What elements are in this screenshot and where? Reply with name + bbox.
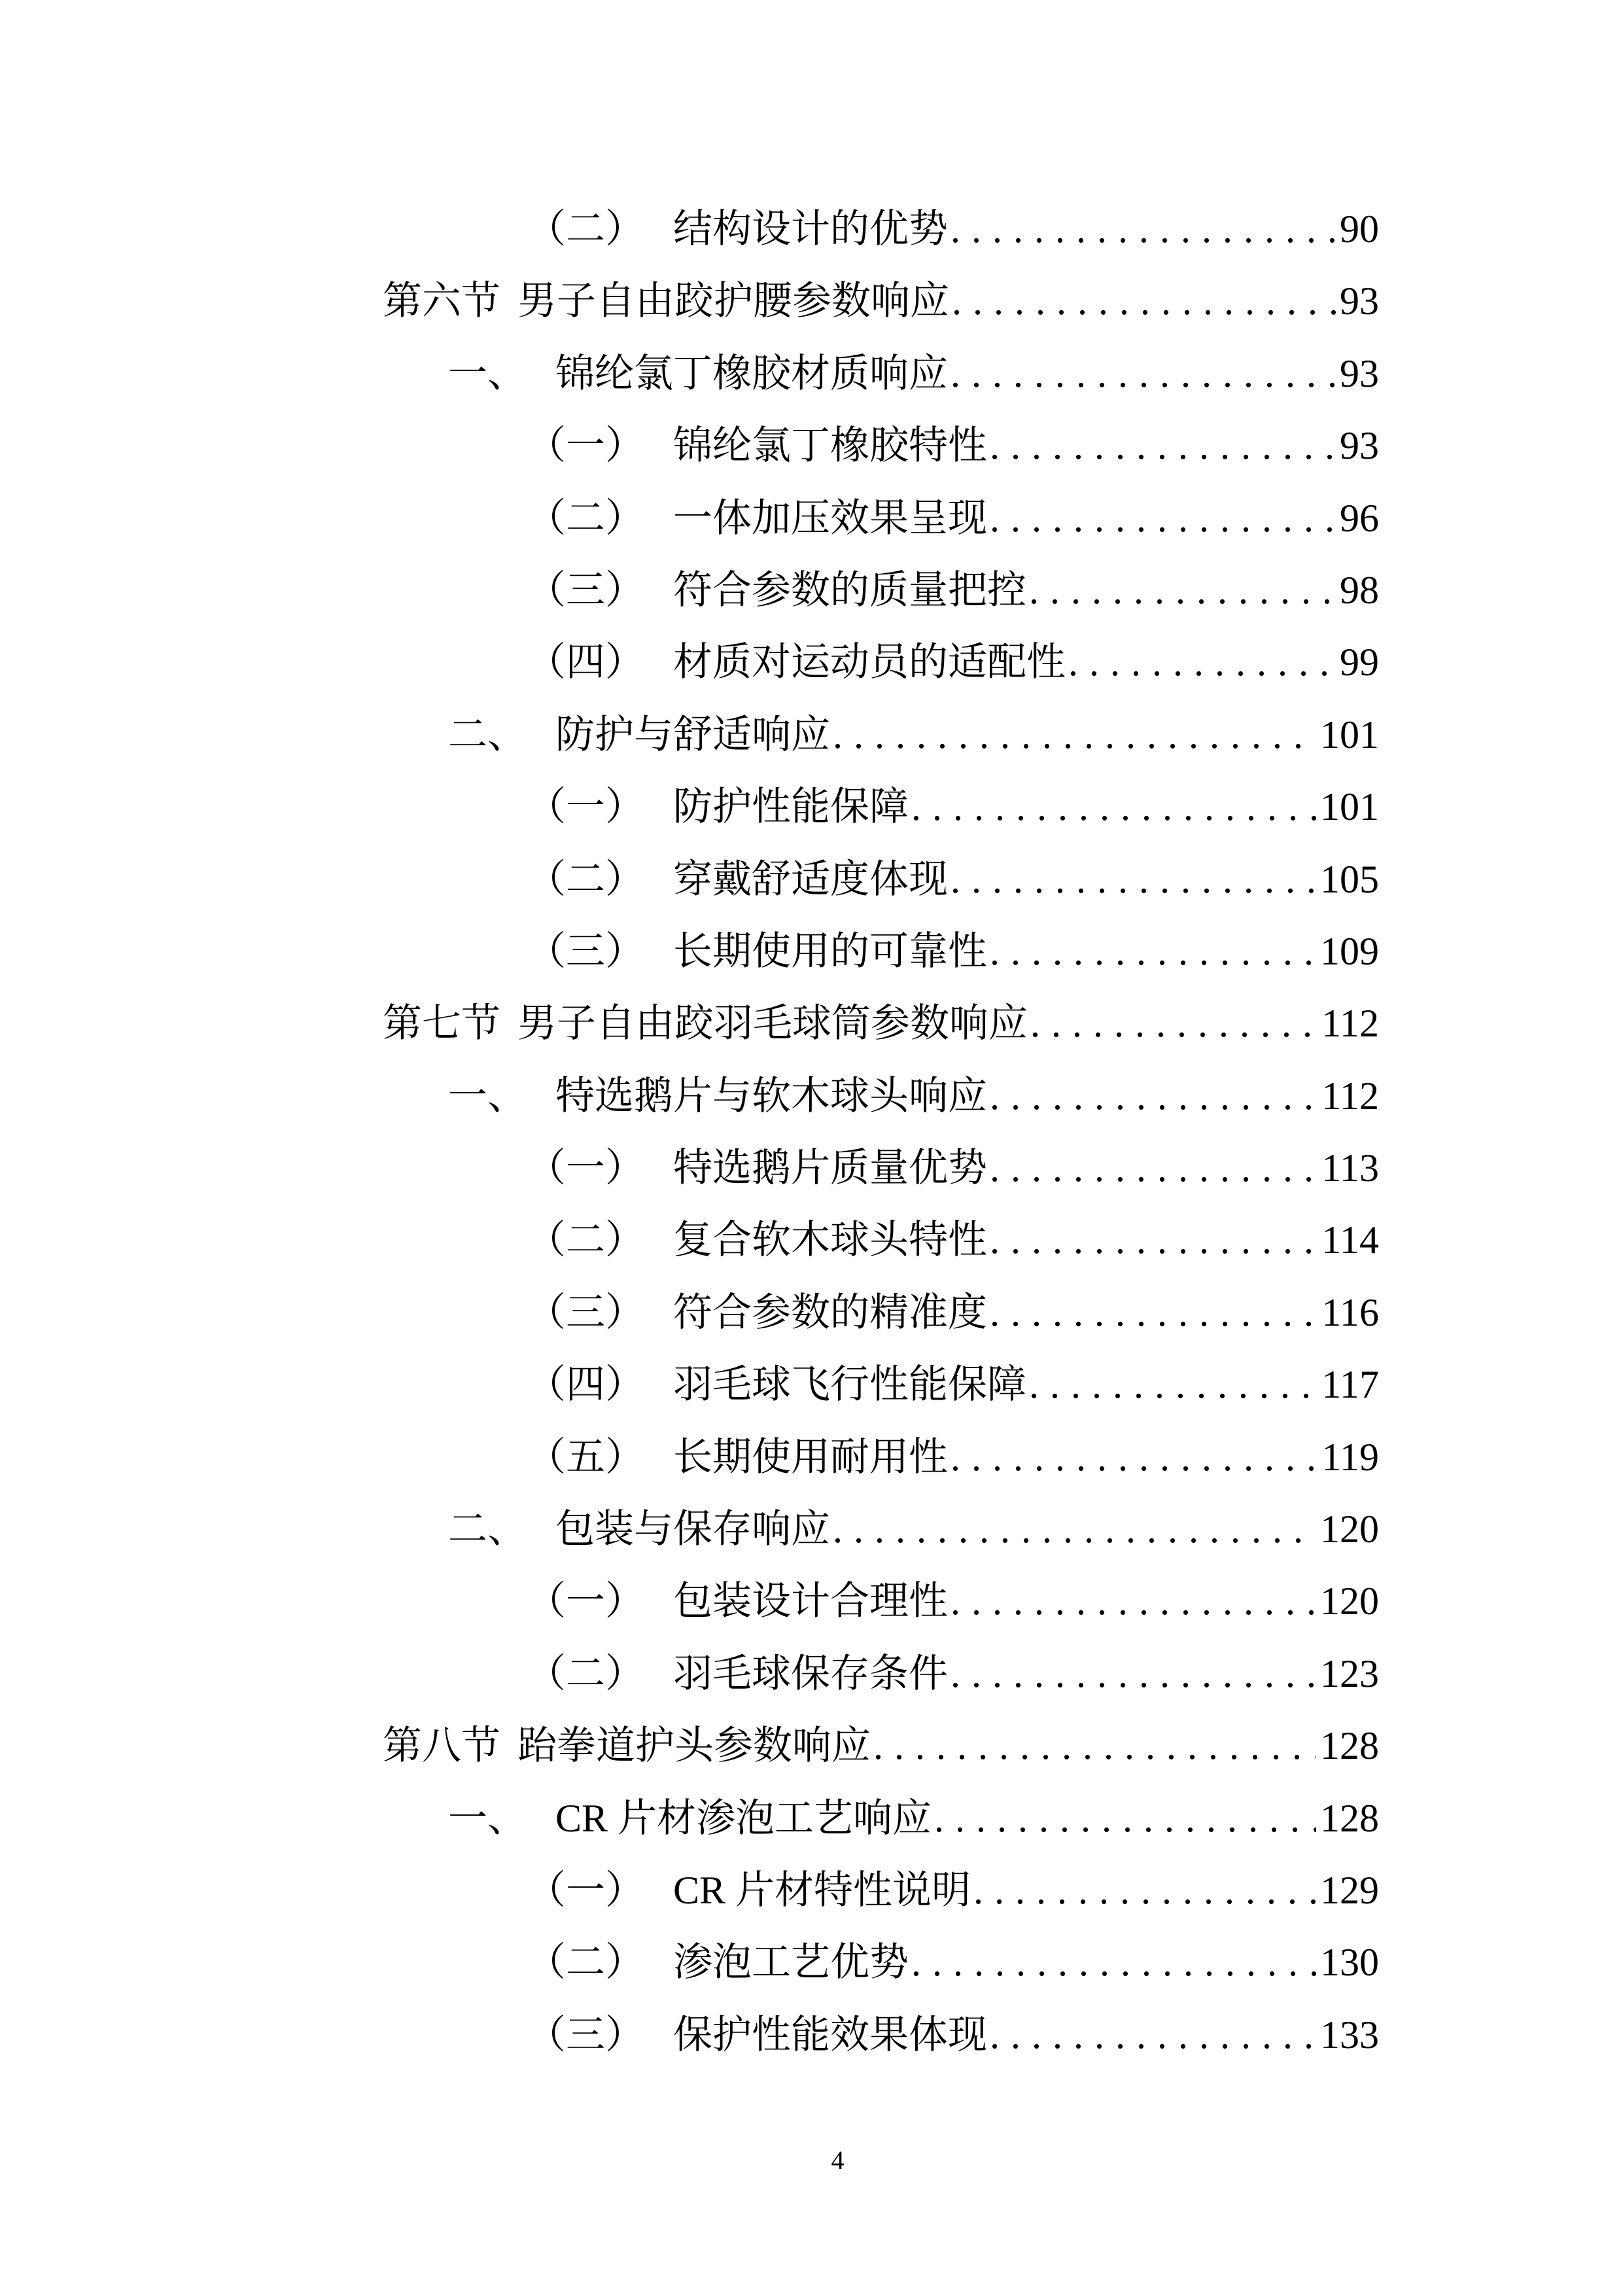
toc-leader-dots: ........................................… (990, 1999, 1316, 2071)
toc-entry-page: 98 (1340, 554, 1379, 626)
toc-entry-page: 116 (1321, 1277, 1379, 1349)
toc-leader-dots: ........................................… (990, 1132, 1318, 1204)
toc-entry: （一） 锦纶氯丁橡胶特性 ...........................… (0, 410, 1623, 482)
toc-leader-dots: ........................................… (1030, 987, 1318, 1059)
toc-entry-title: 男子自由跤护腰参数响应 (517, 265, 949, 337)
toc-entry: （二） 渗泡工艺优势 .............................… (0, 1926, 1623, 1998)
toc-leader-dots: ........................................… (990, 915, 1316, 987)
toc-entry-number: 一、 (448, 1060, 527, 1132)
toc-entry: 第六节 男子自由跤护腰参数响应 ........................… (0, 265, 1623, 337)
toc-entry-number: （二） (527, 843, 644, 915)
toc-entry: （一） 特选鹅片质量优势 ...........................… (0, 1132, 1623, 1204)
toc-entry: （二） 复合软木球头特性 ...........................… (0, 1204, 1623, 1276)
toc-entry-title: CR 片材特性说明 (673, 1854, 971, 1926)
toc-leader-dots: ........................................… (873, 1710, 1316, 1782)
toc-entry-title: 结构设计的优势 (673, 193, 948, 265)
toc-entry-number: （一） (527, 1854, 644, 1926)
toc-entry-title: 穿戴舒适度体现 (673, 843, 948, 915)
toc-entry-number: （二） (527, 1926, 644, 1998)
toc-entry-title: 羽毛球保存条件 (673, 1638, 948, 1710)
toc-entry-number: （三） (527, 554, 644, 626)
toc-entry-page: 130 (1320, 1926, 1379, 1998)
toc-leader-dots: ........................................… (990, 1277, 1318, 1349)
toc-entry-title: 渗泡工艺优势 (673, 1926, 909, 1998)
document-page: { "page": { "footer_page_number": "4", "… (0, 0, 1623, 2296)
toc-entry-page: 128 (1320, 1782, 1379, 1854)
toc-entry-number: （三） (527, 1999, 644, 2071)
table-of-contents: （二） 结构设计的优势 ............................… (0, 193, 1623, 2071)
toc-entry-number: （四） (527, 1349, 644, 1421)
toc-entry-page: 112 (1321, 987, 1379, 1059)
toc-entry-number: （二） (527, 1204, 644, 1276)
toc-entry-page: 99 (1340, 626, 1379, 698)
toc-entry-title: 羽毛球飞行性能保障 (673, 1349, 1026, 1421)
toc-entry-title: 包装与保存响应 (555, 1493, 830, 1565)
toc-entry: （三） 符合参数的质量把控 ..........................… (0, 554, 1623, 626)
toc-leader-dots: ........................................… (833, 1493, 1316, 1565)
toc-entry-title: 特选鹅片质量优势 (673, 1132, 987, 1204)
toc-entry-page: 90 (1340, 193, 1379, 265)
toc-entry-title: 保护性能效果体现 (673, 1999, 987, 2071)
toc-entry-title: 防护性能保障 (673, 771, 909, 843)
toc-entry: 第八节 跆拳道护头参数响应 ..........................… (0, 1710, 1623, 1782)
toc-entry-title: 锦纶氯丁橡胶特性 (673, 410, 987, 482)
toc-entry-title: 防护与舒适响应 (555, 699, 830, 771)
toc-leader-dots: ........................................… (990, 482, 1336, 554)
toc-entry-title: 长期使用的可靠性 (673, 915, 987, 987)
toc-entry-page: 109 (1320, 915, 1379, 987)
toc-entry-number: （四） (527, 626, 644, 698)
toc-entry-number: 第八节 (383, 1710, 500, 1782)
toc-entry-number: 二、 (448, 699, 527, 771)
toc-entry: （三） 保护性能效果体现 ...........................… (0, 1999, 1623, 2071)
toc-entry-number: 第七节 (383, 987, 500, 1059)
toc-leader-dots: ........................................… (833, 699, 1316, 771)
toc-entry-title: 包装设计合理性 (673, 1565, 948, 1637)
toc-entry-page: 128 (1320, 1710, 1379, 1782)
toc-leader-dots: ........................................… (951, 1565, 1316, 1637)
toc-leader-dots: ........................................… (911, 771, 1316, 843)
toc-entry-page: 123 (1320, 1638, 1379, 1710)
toc-entry-title: 跆拳道护头参数响应 (517, 1710, 871, 1782)
toc-entry-number: （一） (527, 1132, 644, 1204)
toc-entry: （四） 羽毛球飞行性能保障 ..........................… (0, 1349, 1623, 1421)
toc-leader-dots: ........................................… (1068, 626, 1336, 698)
toc-entry: 二、 包装与保存响应 .............................… (0, 1493, 1623, 1565)
toc-entry-page: 101 (1320, 699, 1379, 771)
toc-entry: （五） 长期使用耐用性 ............................… (0, 1421, 1623, 1493)
toc-entry-page: 113 (1321, 1132, 1379, 1204)
toc-leader-dots: ........................................… (973, 1854, 1316, 1926)
toc-entry: （一） 防护性能保障 .............................… (0, 771, 1623, 843)
toc-entry-page: 93 (1340, 410, 1379, 482)
toc-entry-number: （三） (527, 915, 644, 987)
toc-entry-number: 第六节 (383, 265, 500, 337)
toc-leader-dots: ........................................… (951, 1421, 1318, 1493)
toc-entry-page: 114 (1321, 1204, 1379, 1276)
toc-entry-page: 93 (1340, 265, 1379, 337)
toc-leader-dots: ........................................… (952, 265, 1336, 337)
toc-entry: （二） 结构设计的优势 ............................… (0, 193, 1623, 265)
toc-entry-number: （一） (527, 410, 644, 482)
toc-entry: （四） 材质对运动员的适配性 .........................… (0, 626, 1623, 698)
toc-leader-dots: ........................................… (951, 843, 1316, 915)
toc-leader-dots: ........................................… (990, 1204, 1318, 1276)
toc-entry-title: CR 片材渗泡工艺响应 (555, 1782, 932, 1854)
toc-entry-title: 复合软木球头特性 (673, 1204, 987, 1276)
toc-entry-title: 符合参数的质量把控 (673, 554, 1026, 626)
toc-entry-number: 二、 (448, 1493, 527, 1565)
toc-entry-page: 117 (1321, 1349, 1379, 1421)
toc-entry-title: 锦纶氯丁橡胶材质响应 (555, 338, 948, 410)
toc-entry: （一） 包装设计合理性 ............................… (0, 1565, 1623, 1637)
toc-entry-number: 一、 (448, 338, 527, 410)
toc-entry-title: 男子自由跤羽毛球筒参数响应 (517, 987, 1028, 1059)
toc-entry-page: 119 (1321, 1421, 1379, 1493)
toc-entry: （一） CR 片材特性说明 ..........................… (0, 1854, 1623, 1926)
toc-entry: 第七节 男子自由跤羽毛球筒参数响应 ......................… (0, 987, 1623, 1059)
toc-entry-number: 一、 (448, 1782, 527, 1854)
toc-entry: （二） 一体加压效果呈现 ...........................… (0, 482, 1623, 554)
toc-leader-dots: ........................................… (990, 410, 1336, 482)
toc-entry: （三） 符合参数的精准度 ...........................… (0, 1277, 1623, 1349)
toc-entry-page: 120 (1320, 1565, 1379, 1637)
toc-leader-dots: ........................................… (951, 1638, 1316, 1710)
page-footer-number: 4 (831, 2146, 845, 2175)
toc-entry: （二） 羽毛球保存条件 ............................… (0, 1638, 1623, 1710)
toc-entry: 一、 特选鹅片与软木球头响应 .........................… (0, 1060, 1623, 1132)
toc-entry-page: 101 (1320, 771, 1379, 843)
toc-entry-page: 96 (1340, 482, 1379, 554)
toc-entry: （二） 穿戴舒适度体现 ............................… (0, 843, 1623, 915)
toc-leader-dots: ........................................… (990, 1060, 1318, 1132)
toc-entry: （三） 长期使用的可靠性 ...........................… (0, 915, 1623, 987)
toc-entry: 一、 CR 片材渗泡工艺响应 .........................… (0, 1782, 1623, 1854)
toc-entry-page: 93 (1340, 338, 1379, 410)
toc-entry-number: （二） (527, 193, 644, 265)
toc-entry-title: 符合参数的精准度 (673, 1277, 987, 1349)
toc-leader-dots: ........................................… (911, 1926, 1316, 1998)
toc-leader-dots: ........................................… (934, 1782, 1316, 1854)
toc-entry: 二、 防护与舒适响应 .............................… (0, 699, 1623, 771)
toc-leader-dots: ........................................… (951, 338, 1336, 410)
toc-entry-page: 129 (1320, 1854, 1379, 1926)
toc-leader-dots: ........................................… (951, 193, 1336, 265)
toc-entry-number: （三） (527, 1277, 644, 1349)
toc-entry-page: 105 (1320, 843, 1379, 915)
toc-entry-title: 一体加压效果呈现 (673, 482, 987, 554)
toc-entry-number: （二） (527, 1638, 644, 1710)
toc-entry-number: （一） (527, 771, 644, 843)
toc-entry: 一、 锦纶氯丁橡胶材质响应 ..........................… (0, 338, 1623, 410)
page-footer: 4 (0, 2147, 1623, 2174)
toc-entry-page: 112 (1321, 1060, 1379, 1132)
toc-leader-dots: ........................................… (1029, 554, 1336, 626)
toc-entry-number: （五） (527, 1421, 644, 1493)
toc-leader-dots: ........................................… (1029, 1349, 1318, 1421)
toc-entry-page: 120 (1320, 1493, 1379, 1565)
toc-entry-number: （二） (527, 482, 644, 554)
toc-entry-number: （一） (527, 1565, 644, 1637)
toc-entry-title: 特选鹅片与软木球头响应 (555, 1060, 987, 1132)
toc-entry-page: 133 (1320, 1999, 1379, 2071)
toc-entry-title: 材质对运动员的适配性 (673, 626, 1066, 698)
toc-entry-title: 长期使用耐用性 (673, 1421, 948, 1493)
